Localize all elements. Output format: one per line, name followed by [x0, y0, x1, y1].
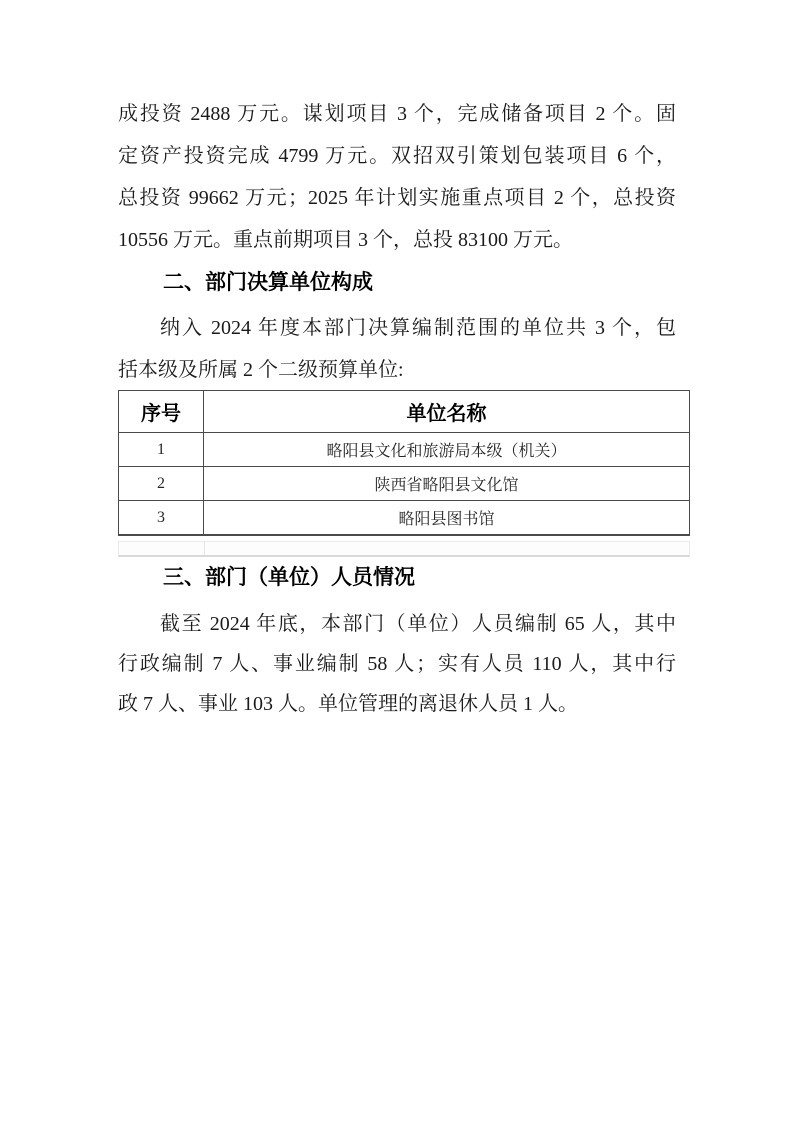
paragraph-line: 括本级及所属 2 个二级预算单位:	[118, 349, 676, 391]
paragraph-line: 定资产投资完成 4799 万元。双招双引策划包装项目 6 个，	[118, 135, 676, 177]
table-row-seq: 3	[119, 501, 204, 534]
table-row-seq: 2	[119, 467, 204, 501]
paragraph-line: 纳入 2024 年度本部门决算编制范围的单位共 3 个，包	[118, 307, 676, 349]
table-row-seq: 1	[119, 433, 204, 467]
table-row-unit-name: 略阳县图书馆	[204, 501, 689, 534]
section2-intro-paragraph: 纳入 2024 年度本部门决算编制范围的单位共 3 个，包 括本级及所属 2 个…	[118, 307, 676, 391]
paragraph-line: 总投资 99662 万元；2025 年计划实施重点项目 2 个，总投资	[118, 177, 676, 219]
partial-row-column-divider	[204, 542, 205, 555]
table-header-seq: 序号	[119, 391, 204, 433]
paragraph-line: 政 7 人、事业 103 人。单位管理的离退休人员 1 人。	[118, 684, 676, 724]
paragraph-line: 10556 万元。重点前期项目 3 个，总投 83100 万元。	[118, 219, 676, 261]
budget-units-table: 序号 单位名称 1 略阳县文化和旅游局本级（机关） 2 陕西省略阳县文化馆 3 …	[118, 390, 690, 536]
opening-paragraph: 成投资 2488 万元。谋划项目 3 个，完成储备项目 2 个。固 定资产投资完…	[118, 93, 676, 261]
section2-heading: 二、部门决算单位构成	[118, 262, 676, 304]
table-row-unit-name: 陕西省略阳县文化馆	[204, 467, 689, 501]
table-partial-empty-row	[118, 541, 690, 557]
document-page: 成投资 2488 万元。谋划项目 3 个，完成储备项目 2 个。固 定资产投资完…	[0, 0, 793, 1122]
section3-paragraph: 截至 2024 年底，本部门（单位）人员编制 65 人，其中 行政编制 7 人、…	[118, 604, 676, 724]
table-header-unit-name: 单位名称	[204, 391, 689, 433]
table-row-unit-name: 略阳县文化和旅游局本级（机关）	[204, 433, 689, 467]
section3-heading: 三、部门（单位）人员情况	[118, 557, 676, 599]
paragraph-line: 截至 2024 年底，本部门（单位）人员编制 65 人，其中	[118, 604, 676, 644]
paragraph-line: 行政编制 7 人、事业编制 58 人；实有人员 110 人，其中行	[118, 644, 676, 684]
paragraph-line: 成投资 2488 万元。谋划项目 3 个，完成储备项目 2 个。固	[118, 93, 676, 135]
